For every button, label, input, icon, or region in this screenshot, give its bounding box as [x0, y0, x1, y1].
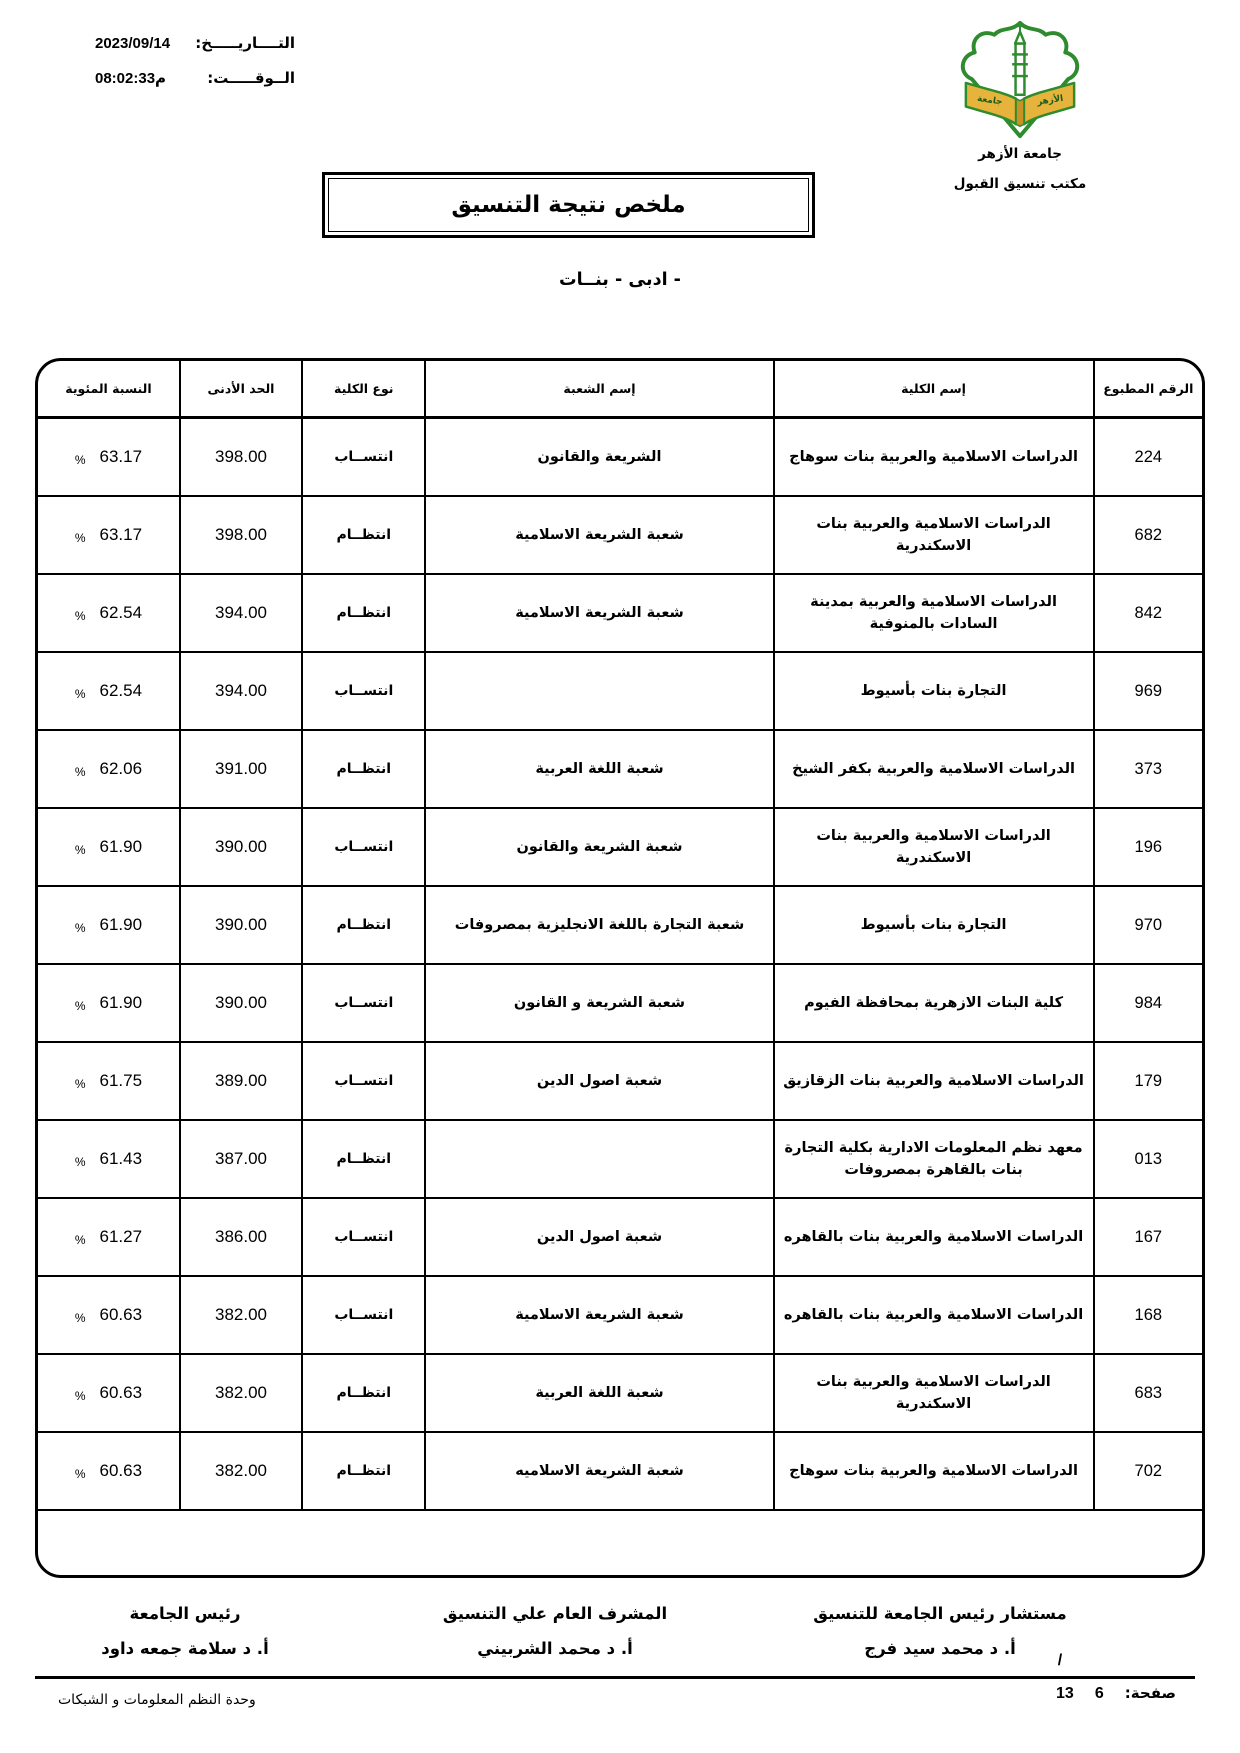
cell-minimum: 386.00: [179, 1199, 301, 1275]
header-printed-number: الرقم المطبوع: [1093, 361, 1202, 416]
cell-college-type: انتســاب: [301, 653, 424, 729]
percent-sign: %: [75, 687, 86, 701]
cell-branch-name: شعبة اصول الدين: [424, 1199, 772, 1275]
cell-percentage: % 62.06: [38, 731, 179, 807]
cell-college-name: الدراسات الاسلامية والعربية بنات سوهاج: [773, 1433, 1093, 1509]
percent-sign: %: [75, 609, 86, 623]
percent-sign: %: [75, 453, 86, 467]
page-number-block: 13 6 صفحة:: [1056, 1684, 1176, 1703]
date-row: التــــاريـــــخ: 2023/09/14: [95, 34, 295, 58]
table-row: 984 كلية البنات الازهرية بمحافظة الفيوم …: [38, 965, 1202, 1043]
table-row: 842 الدراسات الاسلامية والعربية بمدينة ا…: [38, 575, 1202, 653]
university-block: جامعة الأزهر جامعة الأزهر مكتب تنسيق الق…: [938, 18, 1102, 192]
footer-divider: [35, 1676, 1195, 1679]
cell-minimum: 390.00: [179, 809, 301, 885]
signature-title: المشرف العام علي التنسيق: [355, 1604, 755, 1623]
signature-general-supervisor: المشرف العام علي التنسيق أ. د محمد الشرب…: [355, 1604, 755, 1658]
signature-coordination-advisor: مستشار رئيس الجامعة للتنسيق أ. د محمد سي…: [740, 1604, 1140, 1658]
cell-printed-number: 683: [1093, 1355, 1202, 1431]
cell-college-name: الدراسات الاسلامية والعربية بنات بالقاهر…: [773, 1277, 1093, 1353]
cell-branch-name: شعبة الشريعة الاسلامية: [424, 575, 772, 651]
cell-college-type: انتســاب: [301, 1043, 424, 1119]
signature-name: أ. د سلامة جمعه داود: [25, 1639, 345, 1658]
cell-percentage: % 60.63: [38, 1355, 179, 1431]
cell-college-name: كلية البنات الازهرية بمحافظة الفيوم: [773, 965, 1093, 1041]
percent-sign: %: [75, 1467, 86, 1481]
cell-college-name: الدراسات الاسلامية والعربية بنات الاسكند…: [773, 809, 1093, 885]
table-row: 179 الدراسات الاسلامية والعربية بنات الز…: [38, 1043, 1202, 1121]
cell-percentage: % 63.17: [38, 497, 179, 573]
header-college-type: نوع الكلية: [301, 361, 424, 416]
cell-printed-number: 682: [1093, 497, 1202, 573]
cell-printed-number: 842: [1093, 575, 1202, 651]
percent-sign: %: [75, 1311, 86, 1325]
cell-printed-number: 702: [1093, 1433, 1202, 1509]
cell-branch-name: الشريعة والقانون: [424, 419, 772, 495]
cell-minimum: 394.00: [179, 653, 301, 729]
report-page: التــــاريـــــخ: 2023/09/14 الــوقـــــ…: [0, 0, 1240, 1753]
cell-printed-number: 224: [1093, 419, 1202, 495]
report-title-box: ملخص نتيجة التنسيق: [322, 172, 815, 238]
cell-printed-number: 013: [1093, 1121, 1202, 1197]
cell-minimum: 394.00: [179, 575, 301, 651]
cell-percentage: % 61.27: [38, 1199, 179, 1275]
cell-branch-name: شعبة الشريعة والقانون: [424, 809, 772, 885]
table-row: 167 الدراسات الاسلامية والعربية بنات بال…: [38, 1199, 1202, 1277]
cell-printed-number: 179: [1093, 1043, 1202, 1119]
page-label: صفحة:: [1125, 1684, 1176, 1702]
cell-printed-number: 970: [1093, 887, 1202, 963]
cell-branch-name: [424, 653, 772, 729]
percent-sign: %: [75, 1077, 86, 1091]
percent-sign: %: [75, 999, 86, 1013]
percent-sign: %: [75, 1155, 86, 1169]
cell-college-type: انتســاب: [301, 1277, 424, 1353]
cell-college-type: انتظــام: [301, 1355, 424, 1431]
cell-minimum: 390.00: [179, 965, 301, 1041]
cell-college-type: انتظــام: [301, 497, 424, 573]
table-row: 969 التجارة بنات بأسيوط انتســاب 394.00 …: [38, 653, 1202, 731]
cell-percentage: % 61.90: [38, 809, 179, 885]
cell-percentage: % 63.17: [38, 419, 179, 495]
table-row: 196 الدراسات الاسلامية والعربية بنات الا…: [38, 809, 1202, 887]
cell-branch-name: [424, 1121, 772, 1197]
cell-branch-name: شعبة اللغة العربية: [424, 731, 772, 807]
table-row: 013 معهد نظم المعلومات الادارية بكلية ال…: [38, 1121, 1202, 1199]
cell-percentage: % 61.90: [38, 887, 179, 963]
cell-minimum: 398.00: [179, 419, 301, 495]
page-current: 6: [1095, 1685, 1104, 1703]
header-college-name: إسم الكلية: [773, 361, 1093, 416]
cell-percentage: % 61.43: [38, 1121, 179, 1197]
cell-college-type: انتســاب: [301, 419, 424, 495]
cell-percentage: % 60.63: [38, 1433, 179, 1509]
signature-name: أ. د محمد سيد فرج: [740, 1639, 1140, 1658]
header-percentage: النسبة المئوية: [38, 361, 179, 416]
percent-sign: %: [75, 921, 86, 935]
percent-sign: %: [75, 765, 86, 779]
report-title-inner-frame: ملخص نتيجة التنسيق: [328, 178, 809, 232]
cell-college-name: الدراسات الاسلامية والعربية بكفر الشيخ: [773, 731, 1093, 807]
cell-printed-number: 984: [1093, 965, 1202, 1041]
report-subtitle: - ادبى - بنــات: [0, 270, 1240, 290]
university-name: جامعة الأزهر: [938, 146, 1102, 162]
cell-college-type: انتظــام: [301, 1433, 424, 1509]
header-branch-name: إسم الشعبة: [424, 361, 772, 416]
cell-percentage: % 60.63: [38, 1277, 179, 1353]
cell-minimum: 382.00: [179, 1355, 301, 1431]
cell-minimum: 391.00: [179, 731, 301, 807]
cell-minimum: 390.00: [179, 887, 301, 963]
cell-branch-name: شعبة الشريعة الاسلاميه: [424, 1433, 772, 1509]
table-row: 683 الدراسات الاسلامية والعربية بنات الا…: [38, 1355, 1202, 1433]
cell-printed-number: 373: [1093, 731, 1202, 807]
cell-printed-number: 167: [1093, 1199, 1202, 1275]
cell-college-type: انتســاب: [301, 809, 424, 885]
cell-branch-name: شعبة الشريعة و القانون: [424, 965, 772, 1041]
table-row: 702 الدراسات الاسلامية والعربية بنات سوه…: [38, 1433, 1202, 1511]
table-row: 682 الدراسات الاسلامية والعربية بنات الا…: [38, 497, 1202, 575]
table-row: 224 الدراسات الاسلامية والعربية بنات سوه…: [38, 419, 1202, 497]
cell-branch-name: شعبة الشريعة الاسلامية: [424, 1277, 772, 1353]
cell-branch-name: شعبة اصول الدين: [424, 1043, 772, 1119]
time-row: الــوقـــــت: م08:02:33: [95, 69, 295, 93]
cell-percentage: % 62.54: [38, 653, 179, 729]
cell-college-name: الدراسات الاسلامية والعربية بنات الاسكند…: [773, 1355, 1093, 1431]
cell-college-type: انتظــام: [301, 887, 424, 963]
cell-minimum: 382.00: [179, 1277, 301, 1353]
cell-percentage: % 62.54: [38, 575, 179, 651]
cell-branch-name: شعبة اللغة العربية: [424, 1355, 772, 1431]
percent-sign: %: [75, 531, 86, 545]
cell-college-type: انتظــام: [301, 575, 424, 651]
cell-minimum: 398.00: [179, 497, 301, 573]
table-row: 970 التجارة بنات بأسيوط شعبة التجارة بال…: [38, 887, 1202, 965]
cell-college-type: انتظــام: [301, 1121, 424, 1197]
cell-college-name: الدراسات الاسلامية والعربية بنات سوهاج: [773, 419, 1093, 495]
cell-college-name: الدراسات الاسلامية والعربية بمدينة الساد…: [773, 575, 1093, 651]
cell-percentage: % 61.90: [38, 965, 179, 1041]
percent-sign: %: [75, 843, 86, 857]
cell-college-name: معهد نظم المعلومات الادارية بكلية التجار…: [773, 1121, 1093, 1197]
table-row: 373 الدراسات الاسلامية والعربية بكفر الش…: [38, 731, 1202, 809]
cell-college-type: انتســاب: [301, 965, 424, 1041]
cell-minimum: 389.00: [179, 1043, 301, 1119]
cell-minimum: 382.00: [179, 1433, 301, 1509]
cell-college-name: الدراسات الاسلامية والعربية بنات بالقاهر…: [773, 1199, 1093, 1275]
signature-title: مستشار رئيس الجامعة للتنسيق: [740, 1604, 1140, 1623]
cell-branch-name: شعبة الشريعة الاسلامية: [424, 497, 772, 573]
header-minimum: الحد الأدنى: [179, 361, 301, 416]
issuing-unit: وحدة النظم المعلومات و الشبكات: [58, 1692, 256, 1708]
report-title: ملخص نتيجة التنسيق: [451, 192, 685, 218]
signature-name: أ. د محمد الشربيني: [355, 1639, 755, 1658]
percent-sign: %: [75, 1233, 86, 1247]
cell-branch-name: شعبة التجارة باللغة الانجليزية بمصروفات: [424, 887, 772, 963]
cell-printed-number: 969: [1093, 653, 1202, 729]
cell-college-name: التجارة بنات بأسيوط: [773, 887, 1093, 963]
table-body: 224 الدراسات الاسلامية والعربية بنات سوه…: [38, 419, 1202, 1511]
time-label: الــوقـــــت:: [207, 69, 295, 87]
datetime-block: التــــاريـــــخ: 2023/09/14 الــوقـــــ…: [95, 34, 295, 104]
percent-sign: %: [75, 1389, 86, 1403]
table-row: 168 الدراسات الاسلامية والعربية بنات بال…: [38, 1277, 1202, 1355]
office-name: مكتب تنسيق القبول: [938, 176, 1102, 192]
date-label: التــــاريـــــخ:: [195, 34, 295, 52]
cell-printed-number: 196: [1093, 809, 1202, 885]
cell-printed-number: 168: [1093, 1277, 1202, 1353]
signature-title: رئيس الجامعة: [25, 1604, 345, 1623]
cell-college-name: الدراسات الاسلامية والعربية بنات الاسكند…: [773, 497, 1093, 573]
cell-college-name: التجارة بنات بأسيوط: [773, 653, 1093, 729]
cell-percentage: % 61.75: [38, 1043, 179, 1119]
time-value: م08:02:33: [95, 69, 166, 87]
cell-college-type: انتظــام: [301, 731, 424, 807]
date-value: 2023/09/14: [95, 35, 170, 52]
results-table: الرقم المطبوع إسم الكلية إسم الشعبة نوع …: [35, 358, 1205, 1578]
page-total: 13: [1056, 1685, 1074, 1703]
al-azhar-logo-icon: جامعة الأزهر: [945, 18, 1095, 144]
table-header-row: الرقم المطبوع إسم الكلية إسم الشعبة نوع …: [38, 361, 1202, 419]
cell-college-name: الدراسات الاسلامية والعربية بنات الزقازي…: [773, 1043, 1093, 1119]
cell-college-type: انتســاب: [301, 1199, 424, 1275]
cell-minimum: 387.00: [179, 1121, 301, 1197]
page-slash: /: [1048, 1652, 1072, 1670]
signature-university-president: رئيس الجامعة أ. د سلامة جمعه داود: [25, 1604, 345, 1658]
